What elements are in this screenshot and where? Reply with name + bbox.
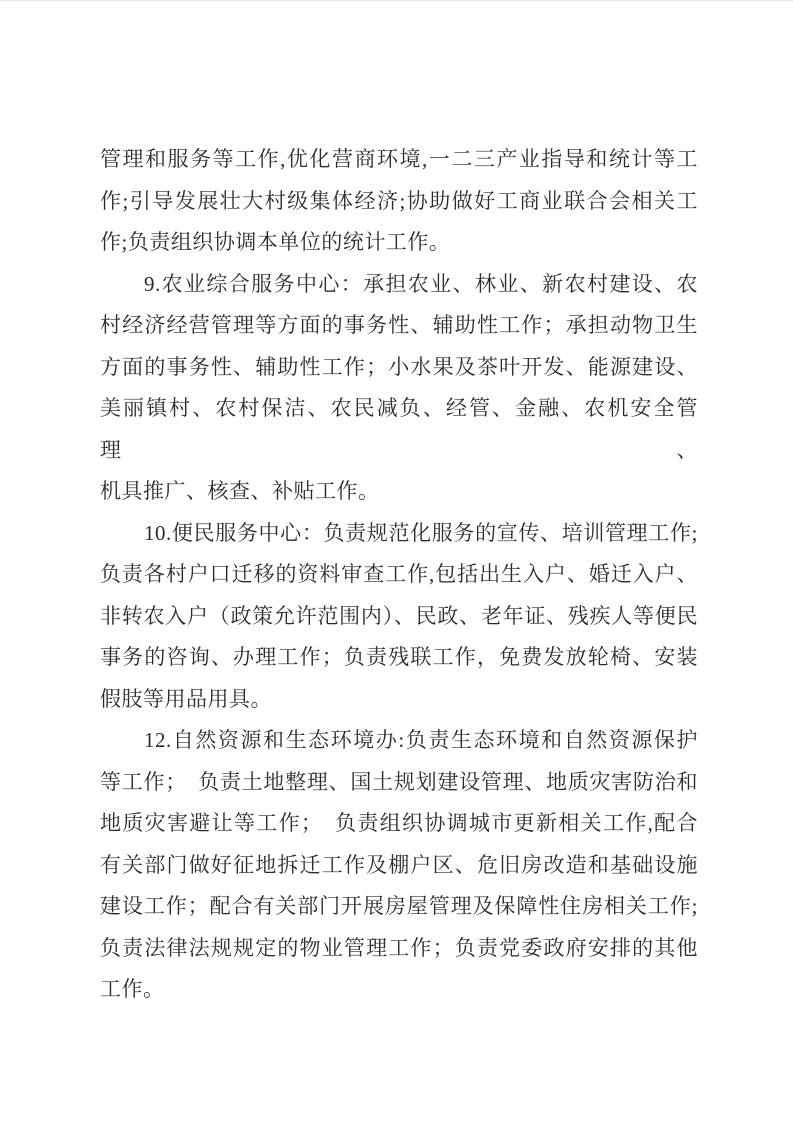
text-line: 地质灾害避让等工作； 负责组织协调城市更新相关工作,配合 <box>100 803 698 845</box>
text-line: 事务的咨询、办理工作；负责残联工作，免费发放轮椅、安装 <box>100 637 698 679</box>
text-line: 作;引导发展壮大村级集体经济;协助做好工商业联合会相关工 <box>100 181 698 223</box>
paragraph-item-9: 9.农业综合服务中心：承担农业、林业、新农村建设、农 村经济经营管理等方面的事务… <box>100 264 698 513</box>
text-line: 作;负责组织协调本单位的统计工作。 <box>100 222 698 264</box>
text-line: 有关部门做好征地拆迁工作及棚户区、危旧房改造和基础设施 <box>100 845 698 887</box>
text-line: 工作。 <box>100 969 698 1011</box>
text-line: 美丽镇村、农村保洁、农民减负、经管、金融、农机安全管理、 <box>100 388 698 471</box>
document-page: 管理和服务等工作,优化营商环境,一二三产业指导和统计等工 作;引导发展壮大村级集… <box>0 0 793 1122</box>
text-line: 村经济经营管理等方面的事务性、辅助性工作；承担动物卫生 <box>100 305 698 347</box>
paragraph-item-10: 10.便民服务中心：负责规范化服务的宣传、培训管理工作; 负责各村户口迁移的资料… <box>100 513 698 721</box>
text-line: 负责各村户口迁移的资料审查工作,包括出生入户、婚迁入户、 <box>100 554 698 596</box>
text-line: 假肢等用品用具。 <box>100 679 698 721</box>
document-body: 管理和服务等工作,优化营商环境,一二三产业指导和统计等工 作;引导发展壮大村级集… <box>100 139 698 1011</box>
text-line: 方面的事务性、辅助性工作；小水果及茶叶开发、能源建设、 <box>100 347 698 389</box>
text-line: 等工作； 负责土地整理、国土规划建设管理、地质灾害防治和 <box>100 762 698 804</box>
text-line: 12.自然资源和生态环境办:负责生态环境和自然资源保护 <box>100 720 698 762</box>
text-line: 建设工作；配合有关部门开展房屋管理及保障性住房相关工作; <box>100 886 698 928</box>
paragraph-item-12: 12.自然资源和生态环境办:负责生态环境和自然资源保护 等工作； 负责土地整理、… <box>100 720 698 1011</box>
text-line: 负责法律法规规定的物业管理工作；负责党委政府安排的其他 <box>100 928 698 970</box>
text-line: 管理和服务等工作,优化营商环境,一二三产业指导和统计等工 <box>100 139 698 181</box>
text-line: 10.便民服务中心：负责规范化服务的宣传、培训管理工作; <box>100 513 698 555</box>
text-line: 机具推广、核查、补贴工作。 <box>100 471 698 513</box>
text-line: 非转农入户（政策允许范围内）、民政、老年证、残疾人等便民 <box>100 596 698 638</box>
paragraph-continued: 管理和服务等工作,优化营商环境,一二三产业指导和统计等工 作;引导发展壮大村级集… <box>100 139 698 264</box>
text-line: 9.农业综合服务中心：承担农业、林业、新农村建设、农 <box>100 264 698 306</box>
